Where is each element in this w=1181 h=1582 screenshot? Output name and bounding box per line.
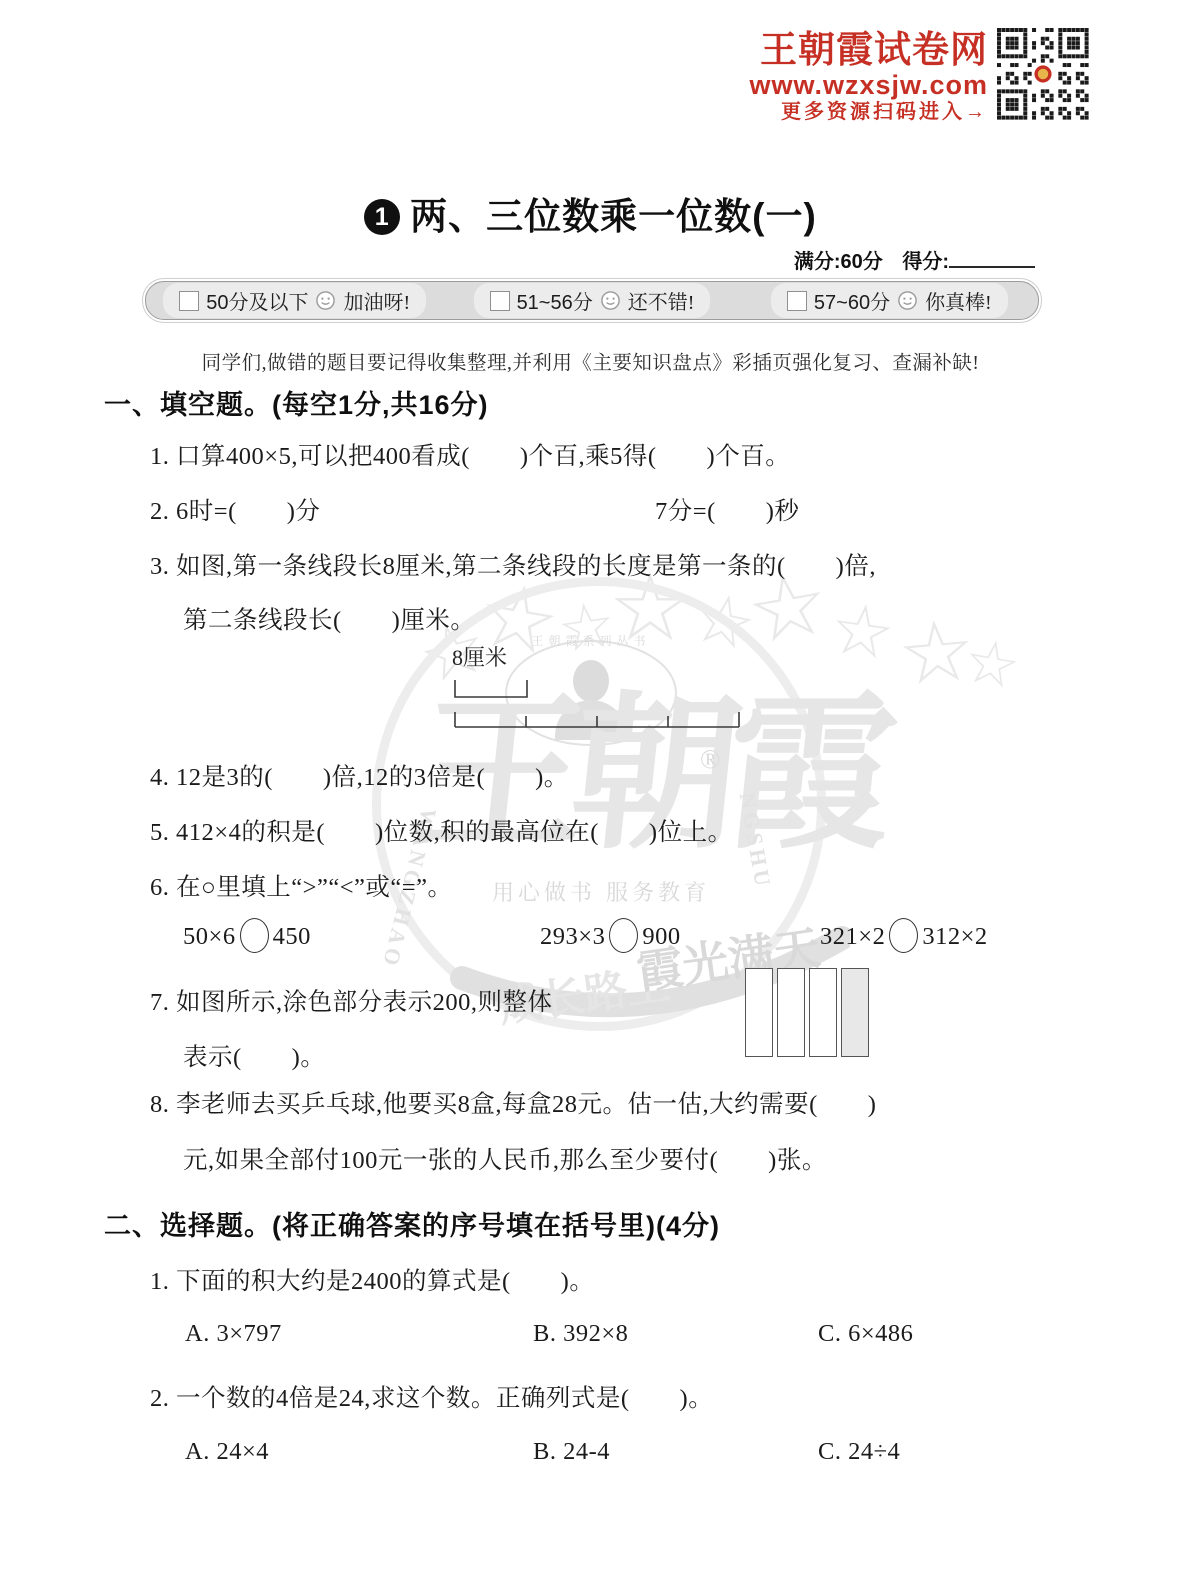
- notice-text: 同学们,做错的题目要记得收集整理,并利用《主要知识盘点》彩插页强化复习、查漏补缺…: [0, 347, 1181, 375]
- comparison-3: 321×2312×2: [820, 918, 988, 953]
- bar-cell: [809, 968, 837, 1057]
- question-5: 5. 412×4的积是( )位数,积的最高位在( )位上。: [150, 813, 733, 848]
- answer-circle[interactable]: [609, 918, 638, 953]
- comparison-2: 293×3900: [540, 918, 681, 953]
- question-3-line2: 第二条线段长( )厘米。: [183, 601, 475, 636]
- comparison-right: 900: [642, 923, 680, 950]
- segment-diagram: [450, 670, 750, 732]
- grade-band-item: 57~60分 你真棒!: [741, 283, 1038, 318]
- score-line: 满分:60分 得分:: [794, 245, 1035, 274]
- registered-mark: ®: [700, 744, 721, 775]
- question-7-line2: 表示( )。: [183, 1038, 325, 1073]
- question-3-line1: 3. 如图,第一条线段长8厘米,第二条线段的长度是第一条的( )倍,: [150, 547, 876, 582]
- question-6: 6. 在○里填上“>”“<”或“=”。: [150, 868, 453, 903]
- grade-band-item: 51~56分 还不错!: [443, 283, 740, 318]
- grade-pill: 50分及以下 加油呀!: [163, 283, 426, 318]
- title-text: 两、三位数乘一位数(一): [410, 196, 817, 237]
- comparison-1: 50×6450: [183, 918, 311, 953]
- comparison-left: 50×6: [183, 923, 236, 950]
- comparison-right: 312×2: [922, 923, 987, 950]
- score-blank-line[interactable]: [949, 250, 1035, 268]
- answer-circle[interactable]: [240, 918, 269, 953]
- option-a: A. 3×797: [185, 1320, 282, 1348]
- option-c: C. 6×486: [818, 1320, 913, 1348]
- grade-checkbox[interactable]: [787, 291, 807, 311]
- smiley-icon: [315, 290, 336, 311]
- grade-pill: 57~60分 你真棒!: [771, 283, 1008, 318]
- comparison-left: 293×3: [540, 923, 605, 950]
- grade-range-label: 57~60分: [814, 286, 890, 315]
- comparison-left: 321×2: [820, 923, 885, 950]
- full-score-label: 满分:60分: [794, 251, 883, 273]
- question-2b: 7分=( )秒: [655, 492, 799, 527]
- grade-praise-label: 加油呀!: [343, 286, 410, 315]
- option-b: B. 392×8: [533, 1320, 628, 1348]
- grade-praise-label: 你真棒!: [925, 286, 992, 315]
- star-icon: [554, 592, 620, 663]
- watermark-circle: [372, 577, 826, 1031]
- star-icon: [959, 630, 1025, 701]
- brand-text: 王朝霞试卷网: [749, 30, 988, 70]
- question-8-line2: 元,如果全部付100元一张的人民币,那么至少要付( )张。: [183, 1141, 827, 1176]
- watermark-series-text: 王朝霞系列丛书: [518, 632, 664, 649]
- score-label: 得分:: [902, 251, 949, 273]
- site-url: www.wzxsjw.com: [749, 70, 988, 100]
- star-icon: [685, 582, 761, 664]
- section2-question-1: 1. 下面的积大约是2400的算式是( )。: [150, 1262, 594, 1297]
- question-1: 1. 口算400×5,可以把400看成( )个百,乘5得( )个百。: [150, 437, 790, 472]
- section2-question-2: 2. 一个数的4倍是24,求这个数。正确列式是( )。: [150, 1379, 713, 1414]
- grade-band-item: 50分及以下 加油呀!: [146, 283, 443, 318]
- smiley-icon: [600, 290, 621, 311]
- site-tagline: 更多资源扫码进入→: [749, 100, 988, 124]
- grade-range-label: 51~56分: [517, 286, 593, 315]
- section1-heading: 一、填空题。(每空1分,共16分): [104, 383, 489, 422]
- answer-circle[interactable]: [889, 918, 918, 953]
- grade-band: 50分及以下 加油呀! 51~56分 还不错! 57~60分 你真棒!: [145, 281, 1039, 320]
- comparison-right: 450: [273, 923, 311, 950]
- bar-cell: [745, 968, 773, 1057]
- question-7-line1: 7. 如图所示,涂色部分表示200,则整体: [150, 983, 553, 1018]
- grade-praise-label: 还不错!: [628, 286, 695, 315]
- smiley-icon: [897, 290, 918, 311]
- option-a: A. 24×4: [185, 1438, 269, 1466]
- exam-page: 王朝霞系列丛书 王朝霞 ® WANGZHAO NGSHU 用心做书 服务教育 成…: [0, 0, 1181, 1582]
- bar-diagram: [745, 968, 869, 1057]
- option-b: B. 24-4: [533, 1438, 610, 1466]
- option-c: C. 24÷4: [818, 1438, 900, 1466]
- grade-pill: 51~56分 还不错!: [474, 283, 711, 318]
- segment-diagram-label: 8厘米: [452, 641, 507, 672]
- header-logo: 王朝霞试卷网 www.wzxsjw.com 更多资源扫码进入→: [749, 30, 988, 124]
- qr-code-icon: [997, 28, 1089, 120]
- question-4: 4. 12是3的( )倍,12的3倍是( )。: [150, 758, 569, 793]
- watermark-arc-right: NGSHU: [734, 790, 777, 891]
- title-badge: 1: [364, 199, 400, 235]
- page-title: 1两、三位数乘一位数(一): [0, 186, 1181, 240]
- bar-cell-shaded: [841, 968, 869, 1057]
- star-icon: [825, 592, 899, 672]
- question-8-line1: 8. 李老师去买乒乓球,他要买8盒,每盒28元。估一估,大约需要( ): [150, 1085, 876, 1120]
- watermark-slogan: 用心做书 服务教育: [492, 876, 710, 907]
- bar-cell: [777, 968, 805, 1057]
- star-icon: [894, 607, 978, 699]
- grade-checkbox[interactable]: [490, 291, 510, 311]
- question-2a: 2. 6时=( )分: [150, 492, 320, 527]
- grade-checkbox[interactable]: [179, 291, 199, 311]
- grade-range-label: 50分及以下: [206, 286, 308, 315]
- section2-heading: 二、选择题。(将正确答案的序号填在括号里)(4分): [104, 1204, 720, 1243]
